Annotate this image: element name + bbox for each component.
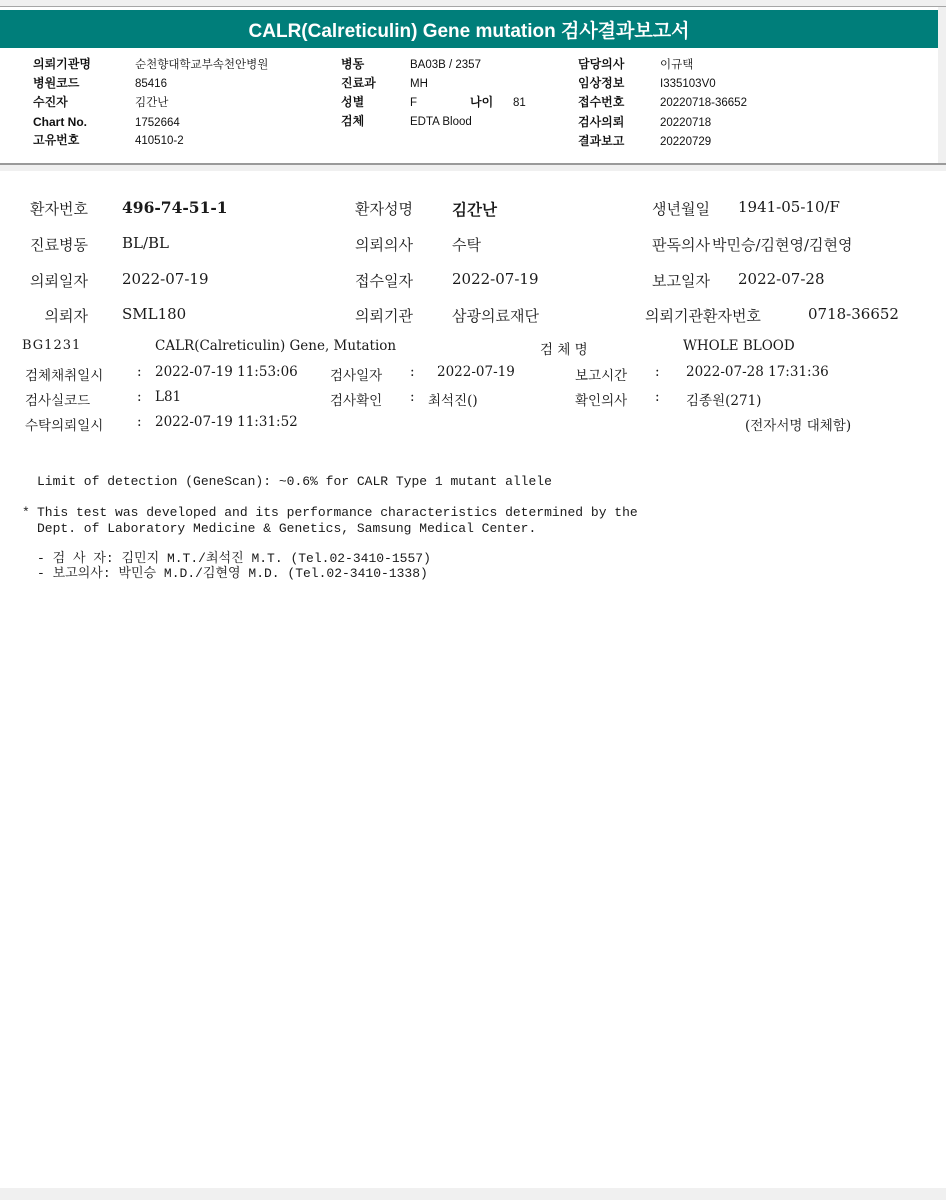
field-specimen-type: 검체EDTA Blood [341, 114, 472, 129]
referrer-value: SML180 [122, 305, 186, 323]
referrer-label: 의뢰자 [28, 305, 88, 326]
examiner-contact-line: - 검 사 자: 김민지 M.T./최석진 M.T. (Tel.02-3410-… [37, 551, 431, 567]
patient-id-label: 환자번호 [28, 198, 88, 219]
colon: : [410, 364, 415, 380]
request-doctor-label: 의뢰의사 [355, 234, 413, 255]
field-value: I335103V0 [660, 78, 716, 90]
field-order-date: 검사의뢰20220718 [578, 115, 711, 130]
patient-row-ward-doctor: 진료병동 BL/BL 의뢰의사 수탁 판독의사 박민승/김현영/김현영 [0, 234, 946, 254]
field-unique-no: 고유번호410510-2 [33, 133, 184, 148]
header-separator-pad [0, 165, 946, 171]
request-doctor-value: 수탁 [452, 234, 481, 255]
specimen-name-label: 검 체 명 [540, 338, 588, 358]
field-chart-no: Chart No.1752664 [33, 115, 180, 130]
field-value: 20220718-36652 [660, 97, 747, 109]
field-value: 1752664 [135, 117, 180, 129]
patient-row-dates: 의뢰일자 2022-07-19 접수일자 2022-07-19 보고일자 202… [0, 270, 946, 290]
field-label: 검체 [341, 114, 410, 128]
field-hospital-code: 병원코드85416 [33, 76, 167, 91]
request-org-label: 의뢰기관 [355, 305, 413, 326]
limit-of-detection-note: Limit of detection (GeneScan): ~0.6% for… [37, 474, 552, 490]
field-value: BA03B / 2357 [410, 59, 481, 71]
verified-by-value: 최석진() [428, 389, 478, 409]
test-date-value: 2022-07-19 [437, 364, 515, 380]
field-label: 병동 [341, 57, 410, 71]
field-request-org: 의뢰기관명순천향대학교부속천안병원 [33, 57, 268, 72]
report-time-label: 보고시간 [575, 364, 627, 384]
report-title-bar: CALR(Calreticulin) Gene mutation 검사결과보고서 [0, 10, 938, 48]
ward-value: BL/BL [122, 234, 169, 252]
field-value: 이규택 [660, 59, 693, 71]
disclaimer-line-2: Dept. of Laboratory Medicine & Genetics,… [37, 521, 536, 537]
colon: : [655, 389, 660, 405]
colon: : [137, 364, 142, 380]
field-report-date: 결과보고20220729 [578, 134, 711, 149]
request-date-label: 의뢰일자 [28, 270, 88, 291]
colon: : [655, 364, 660, 380]
detail-row-collection: 검체채취일시 : 2022-07-19 11:53:06 검사일자 : 2022… [0, 364, 946, 382]
field-value-age: 81 [513, 97, 526, 109]
field-label: 접수번호 [578, 95, 660, 109]
page-bottom-margin [0, 1188, 946, 1200]
test-name: CALR(Calreticulin) Gene, Mutation [155, 338, 396, 354]
page-top-margin [0, 0, 946, 7]
field-label-age: 나이 [470, 95, 513, 109]
field-label: 임상정보 [578, 76, 660, 90]
field-doctor-in-charge: 담당의사이규택 [578, 57, 693, 72]
field-sex-age: 성별F나이81 [341, 95, 526, 110]
detail-row-lab: 검사실코드 : L81 검사확인 : 최석진() 확인의사 : 김종원(271) [0, 389, 946, 407]
asterisk-marker: * [22, 505, 30, 521]
patient-name-label: 환자성명 [355, 198, 413, 219]
referral-datetime-value: 2022-07-19 11:31:52 [155, 414, 298, 430]
receipt-date-value: 2022-07-19 [452, 270, 538, 288]
field-value: 20220729 [660, 136, 711, 148]
reading-doctor-label: 판독의사 [652, 234, 710, 255]
confirm-doctor-label: 확인의사 [575, 389, 627, 409]
request-org-value: 삼광의료재단 [452, 305, 539, 326]
field-value-sex: F [410, 96, 470, 110]
field-label: 검사의뢰 [578, 115, 660, 129]
colon: : [137, 389, 142, 405]
field-value: EDTA Blood [410, 116, 472, 128]
field-clinical-info: 임상정보I335103V0 [578, 76, 716, 91]
page-right-margin [938, 7, 946, 163]
confirm-doctor-value: 김종원(271) [686, 389, 761, 409]
field-value: 85416 [135, 78, 167, 90]
birth-date-value: 1941-05-10/F [738, 198, 840, 216]
reporting-doctor-contact-line: - 보고의사: 박민승 M.D./김현영 M.D. (Tel.02-3410-1… [37, 566, 428, 582]
disclaimer-line-1: This test was developed and its performa… [37, 505, 638, 521]
detail-row-referral: 수탁의뢰일시 : 2022-07-19 11:31:52 (전자서명 대체함) [0, 414, 946, 432]
reading-doctor-value: 박민승/김현영/김현영 [712, 234, 853, 255]
patient-name-value: 김간난 [452, 198, 497, 220]
field-value: 410510-2 [135, 135, 184, 147]
field-label: 고유번호 [33, 133, 135, 147]
test-code: BG1231 [22, 338, 81, 353]
field-value: 순천향대학교부속천안병원 [135, 59, 268, 71]
field-department: 진료과MH [341, 76, 428, 91]
patient-row-referrer: 의뢰자 SML180 의뢰기관 삼광의료재단 의뢰기관환자번호 0718-366… [0, 305, 946, 325]
colon: : [137, 414, 142, 430]
org-patient-no-value: 0718-36652 [808, 305, 899, 323]
test-date-label: 검사일자 [330, 364, 382, 384]
field-value: 김간난 [135, 97, 168, 109]
field-label: 병원코드 [33, 76, 135, 90]
request-date-value: 2022-07-19 [122, 270, 208, 288]
verified-by-label: 검사확인 [330, 389, 382, 409]
field-label: 성별 [341, 95, 410, 109]
lab-code-value: L81 [155, 389, 181, 405]
field-label: 결과보고 [578, 134, 660, 148]
field-patient: 수진자김간난 [33, 95, 168, 110]
org-patient-no-label: 의뢰기관환자번호 [645, 305, 761, 326]
page-title: CALR(Calreticulin) Gene mutation 검사결과보고서 [249, 16, 690, 43]
field-label: 수진자 [33, 95, 135, 109]
field-value: 20220718 [660, 117, 711, 129]
report-time-value: 2022-07-28 17:31:36 [686, 364, 829, 380]
field-value: MH [410, 78, 428, 90]
test-identification-row: BG1231 CALR(Calreticulin) Gene, Mutation… [0, 338, 946, 356]
colon: : [410, 389, 415, 405]
receipt-date-label: 접수일자 [355, 270, 413, 291]
electronic-signature-note: (전자서명 대체함) [745, 414, 851, 434]
collection-datetime-value: 2022-07-19 11:53:06 [155, 364, 298, 380]
patient-id-value: 496-74-51-1 [122, 198, 228, 217]
ward-label: 진료병동 [28, 234, 88, 255]
lab-code-label: 검사실코드 [25, 389, 90, 409]
field-label: Chart No. [33, 115, 135, 129]
specimen-name-value: WHOLE BLOOD [683, 338, 795, 354]
referral-datetime-label: 수탁의뢰일시 [25, 414, 103, 434]
field-ward: 병동BA03B / 2357 [341, 57, 481, 72]
report-date-label: 보고일자 [652, 270, 710, 291]
collection-datetime-label: 검체채취일시 [25, 364, 103, 384]
field-label: 담당의사 [578, 57, 660, 71]
field-label: 의뢰기관명 [33, 57, 135, 71]
field-label: 진료과 [341, 76, 410, 90]
birth-date-label: 생년월일 [652, 198, 710, 219]
report-date-value: 2022-07-28 [738, 270, 824, 288]
patient-row-id-name-birth: 환자번호 496-74-51-1 환자성명 김간난 생년월일 1941-05-1… [0, 198, 946, 218]
field-accession-no: 접수번호20220718-36652 [578, 95, 747, 110]
